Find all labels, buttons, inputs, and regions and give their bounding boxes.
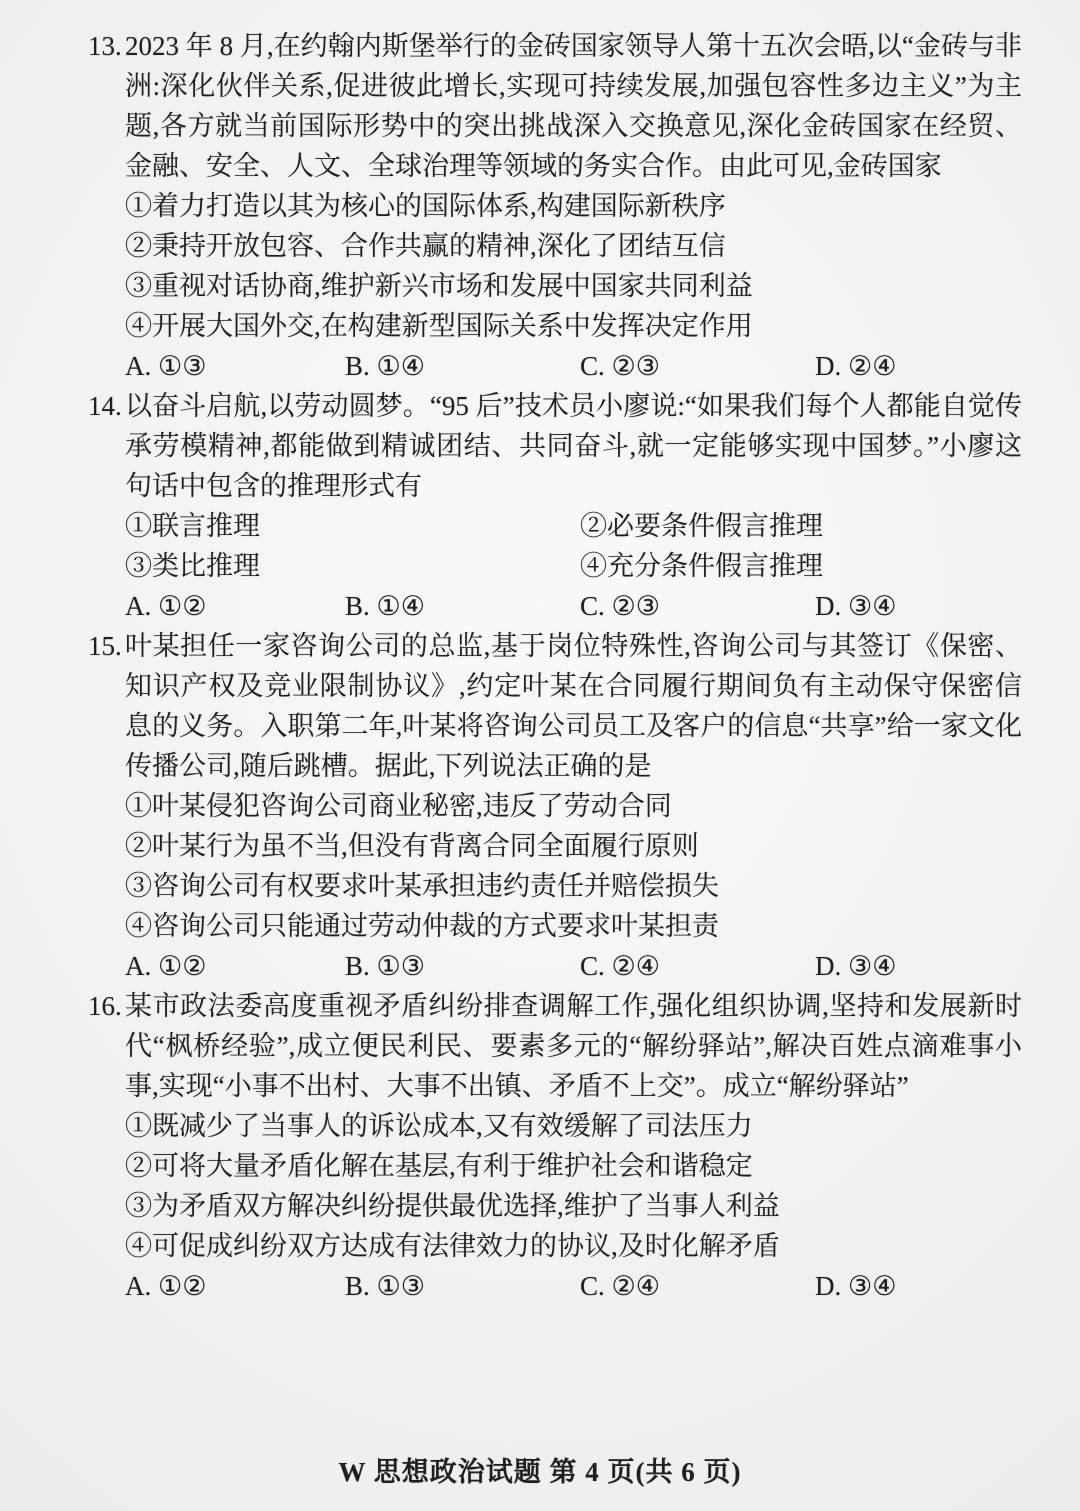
question-16-stem: 16. 某市政法委高度重视矛盾纠纷排查调解工作,强化组织协调,坚持和发展新时代“… — [125, 986, 1022, 1106]
question-15-stem-text: 叶某担任一家咨询公司的总监,基于岗位特殊性,咨询公司与其签订《保密、知识产权及竞… — [125, 631, 1022, 781]
choice-c: C. ②③ — [580, 586, 815, 626]
option-item: ②秉持开放包容、合作共赢的精神,深化了团结互信 — [125, 226, 1080, 266]
question-16-options: ①既减少了当事人的诉讼成本,又有效缓解了司法压力 ②可将大量矛盾化解在基层,有利… — [0, 1106, 1080, 1266]
question-15-options: ①叶某侵犯咨询公司商业秘密,违反了劳动合同 ②叶某行为虽不当,但没有背离合同全面… — [0, 786, 1080, 946]
question-13-stem: 13. 2023 年 8 月,在约翰内斯堡举行的金砖国家领导人第十五次会晤,以“… — [125, 26, 1022, 186]
question-16: 16. 某市政法委高度重视矛盾纠纷排查调解工作,强化组织协调,坚持和发展新时代“… — [0, 986, 1080, 1306]
choice-a: A. ①③ — [125, 346, 345, 386]
choice-c: C. ②③ — [580, 346, 815, 386]
option-item: ①叶某侵犯咨询公司商业秘密,违反了劳动合同 — [125, 786, 1080, 826]
exam-page: 13. 2023 年 8 月,在约翰内斯堡举行的金砖国家领导人第十五次会晤,以“… — [0, 26, 1080, 1306]
choice-b: B. ①④ — [345, 586, 580, 626]
question-14-stem: 14. 以奋斗启航,以劳动圆梦。“95 后”技术员小廖说:“如果我们每个人都能自… — [125, 386, 1022, 506]
question-15-number: 15. — [88, 626, 122, 666]
option-item: ④开展大国外交,在构建新型国际关系中发挥决定作用 — [125, 306, 1080, 346]
option-item: ③类比推理 — [125, 546, 580, 586]
choice-d: D. ②④ — [815, 346, 1080, 386]
choice-c: C. ②④ — [580, 1266, 815, 1306]
choice-c: C. ②④ — [580, 946, 815, 986]
question-13-number: 13. — [88, 26, 122, 66]
choice-d: D. ③④ — [815, 1266, 1080, 1306]
choice-b: B. ①④ — [345, 346, 580, 386]
option-item: ③重视对话协商,维护新兴市场和发展中国家共同利益 — [125, 266, 1080, 306]
question-14: 14. 以奋斗启航,以劳动圆梦。“95 后”技术员小廖说:“如果我们每个人都能自… — [0, 386, 1080, 626]
option-item: ①着力打造以其为核心的国际体系,构建国际新秩序 — [125, 186, 1080, 226]
question-14-number: 14. — [88, 386, 122, 426]
question-13-stem-text: 2023 年 8 月,在约翰内斯堡举行的金砖国家领导人第十五次会晤,以“金砖与非… — [125, 31, 1022, 181]
page-footer-text: W 思想政治试题 第 4 页(共 6 页) — [339, 1457, 742, 1487]
question-16-stem-text: 某市政法委高度重视矛盾纠纷排查调解工作,强化组织协调,坚持和发展新时代“枫桥经验… — [125, 991, 1022, 1101]
choice-d: D. ③④ — [815, 586, 1080, 626]
option-item: ②可将大量矛盾化解在基层,有利于维护社会和谐稳定 — [125, 1146, 1080, 1186]
choice-a: A. ①② — [125, 586, 345, 626]
choice-b: B. ①③ — [345, 1266, 580, 1306]
question-14-options: ①联言推理 ②必要条件假言推理 ③类比推理 ④充分条件假言推理 — [125, 506, 1080, 586]
choice-d: D. ③④ — [815, 946, 1080, 986]
question-14-stem-text: 以奋斗启航,以劳动圆梦。“95 后”技术员小廖说:“如果我们每个人都能自觉传承劳… — [125, 391, 1022, 501]
option-item: ①联言推理 — [125, 506, 580, 546]
question-16-number: 16. — [88, 986, 122, 1026]
option-item: ④可促成纠纷双方达成有法律效力的协议,及时化解矛盾 — [125, 1226, 1080, 1266]
option-item: ②叶某行为虽不当,但没有背离合同全面履行原则 — [125, 826, 1080, 866]
choice-b: B. ①③ — [345, 946, 580, 986]
question-15: 15. 叶某担任一家咨询公司的总监,基于岗位特殊性,咨询公司与其签订《保密、知识… — [0, 626, 1080, 986]
question-14-answer-choices: A. ①② B. ①④ C. ②③ D. ③④ — [125, 586, 1080, 626]
question-13-answer-choices: A. ①③ B. ①④ C. ②③ D. ②④ — [125, 346, 1080, 386]
option-item: ③咨询公司有权要求叶某承担违约责任并赔偿损失 — [125, 866, 1080, 906]
question-13: 13. 2023 年 8 月,在约翰内斯堡举行的金砖国家领导人第十五次会晤,以“… — [0, 26, 1080, 386]
exam-paper-scan: { "footer": { "text": "W 思想政治试题 第 4 页(共 … — [0, 0, 1080, 1511]
question-16-answer-choices: A. ①② B. ①③ C. ②④ D. ③④ — [125, 1266, 1080, 1306]
option-item: ③为矛盾双方解决纠纷提供最优选择,维护了当事人利益 — [125, 1186, 1080, 1226]
choice-a: A. ①② — [125, 1266, 345, 1306]
question-15-stem: 15. 叶某担任一家咨询公司的总监,基于岗位特殊性,咨询公司与其签订《保密、知识… — [125, 626, 1022, 786]
choice-a: A. ①② — [125, 946, 345, 986]
page-footer: W 思想政治试题 第 4 页(共 6 页) — [0, 1452, 1080, 1492]
question-15-answer-choices: A. ①② B. ①③ C. ②④ D. ③④ — [125, 946, 1080, 986]
option-item: ①既减少了当事人的诉讼成本,又有效缓解了司法压力 — [125, 1106, 1080, 1146]
question-13-options: ①着力打造以其为核心的国际体系,构建国际新秩序 ②秉持开放包容、合作共赢的精神,… — [0, 186, 1080, 346]
option-item: ②必要条件假言推理 — [580, 506, 1080, 546]
option-item: ④咨询公司只能通过劳动仲裁的方式要求叶某担责 — [125, 906, 1080, 946]
option-item: ④充分条件假言推理 — [580, 546, 1080, 586]
